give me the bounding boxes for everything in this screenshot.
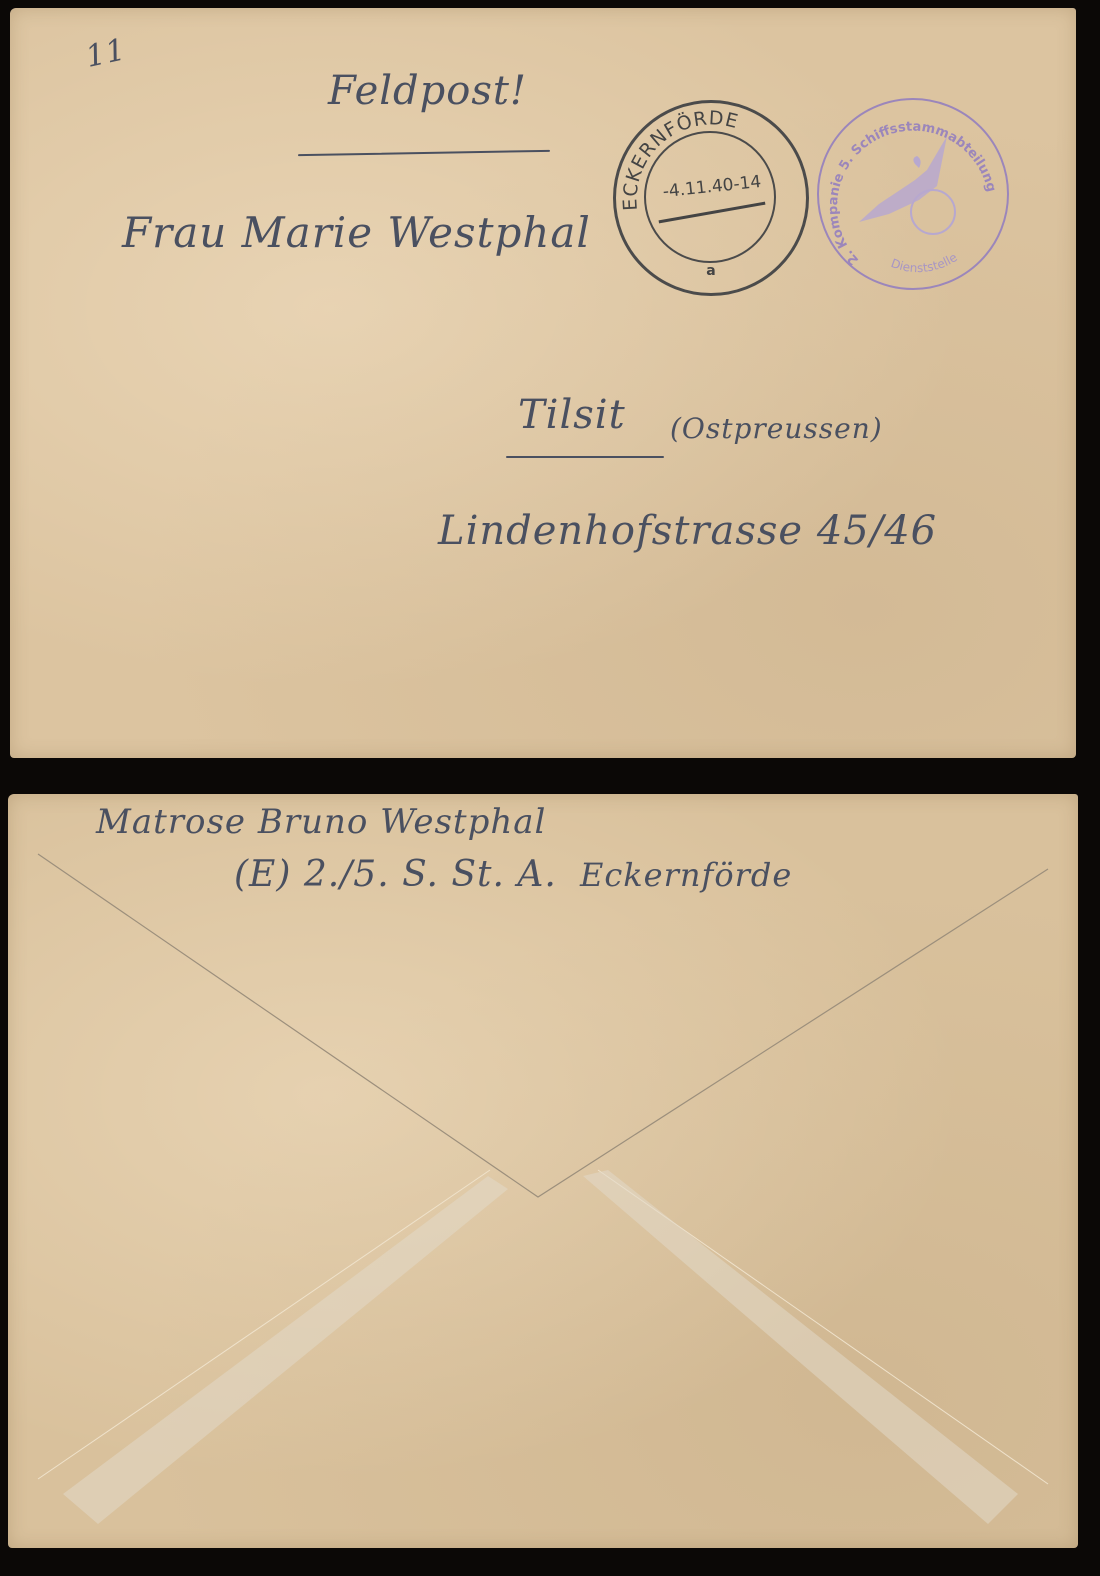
city-underline (506, 456, 664, 458)
envelope-flap-lines (8, 794, 1078, 1548)
feldpost-heading: Feldpost! (328, 68, 527, 114)
sender-unit: (E) 2./5. S. St. A. (234, 854, 557, 895)
recipient-name: Frau Marie Westphal (122, 208, 591, 257)
postmark-bar (659, 202, 766, 224)
corner-note: 11 (83, 32, 130, 75)
svg-text:Dienststelle: Dienststelle (889, 250, 960, 275)
envelope-front: 11 Feldpost! Frau Marie Westphal Tilsit … (10, 8, 1076, 758)
postmark-date: -4.11.40-14 (655, 171, 768, 203)
envelope-back: Matrose Bruno Westphal (E) 2./5. S. St. … (8, 794, 1078, 1548)
unit-stamp-bottom: Dienststelle (889, 250, 960, 275)
postmark-letter: a (616, 263, 806, 279)
eagle-emblem-icon: 2. Kompanie 5. Schiffsstammabteilung Die… (819, 100, 1007, 288)
postmark-inner-ring: -4.11.40-14 (644, 131, 776, 263)
recipient-region: (Ostpreussen) (670, 412, 883, 445)
unit-stamp: 2. Kompanie 5. Schiffsstammabteilung Die… (817, 98, 1009, 290)
recipient-street: Lindenhofstrasse 45/46 (438, 508, 937, 554)
sender-town: Eckernförde (580, 856, 792, 894)
eckernfoerde-postmark: ECKERNFÖRDE -4.11.40-14 a (613, 100, 809, 296)
sender-name: Matrose Bruno Westphal (96, 802, 546, 842)
heading-underline (298, 150, 550, 156)
recipient-city: Tilsit (518, 392, 626, 438)
